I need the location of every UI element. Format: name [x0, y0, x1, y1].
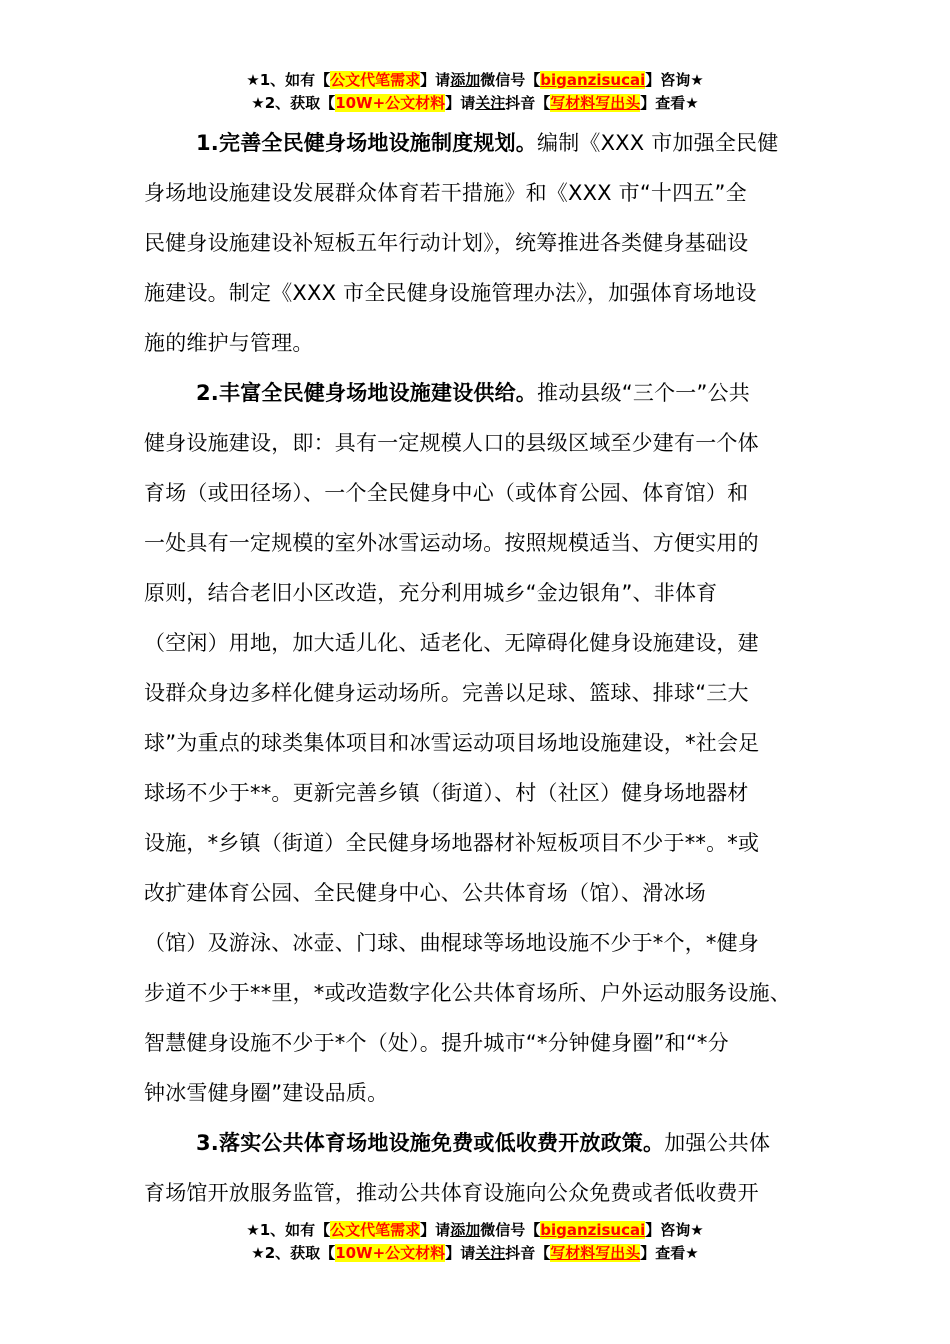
header-banner: ★1、如有【公文代笔需求】请添加微信号【biganzisucai】咨询★ ★2、…: [0, 69, 950, 115]
text-line: 设群众身边多样化健身运动场所。完善以足球、篮球、排球“三大: [144, 668, 812, 718]
banner-text: 】咨询★: [645, 1221, 703, 1239]
text-line: 民健身设施建设补短板五年行动计划》，统筹推进各类健身基础设: [144, 218, 812, 268]
text-line: 2.丰富全民健身场地设施建设供给。推动县级“三个一”公共: [144, 368, 812, 418]
banner-line-2: ★2、获取【10W+公文材料】请关注抖音【写材料写出头】查看★: [0, 92, 950, 115]
banner-text: ★1、如有【: [246, 71, 330, 89]
highlight-douyin-account: 写材料写出头: [550, 94, 640, 112]
underlined-add: 添加: [450, 71, 480, 89]
text-span: 加强公共体: [664, 1131, 770, 1155]
highlight-service: 公文代笔需求: [330, 71, 420, 89]
footer-banner: ★1、如有【公文代笔需求】请添加微信号【biganzisucai】咨询★ ★2、…: [0, 1219, 950, 1265]
underlined-follow: 关注: [475, 1244, 505, 1262]
text-line: 身场地设施建设发展群众体育若干措施》和《XXX 市“十四五”全: [144, 168, 812, 218]
highlight-materials: 10W+公文材料: [335, 1244, 445, 1262]
banner-text: 微信号【: [480, 71, 540, 89]
text-line: 球”为重点的球类集体项目和冰雪运动项目场地设施建设，*社会足: [144, 718, 812, 768]
banner-text: 】请: [420, 71, 450, 89]
banner-text: 】请: [420, 1221, 450, 1239]
text-line: 改扩建体育公园、全民健身中心、公共体育场（馆）、滑冰场: [144, 868, 812, 918]
banner-text: ★2、获取【: [251, 94, 335, 112]
paragraph-heading: 1.完善全民健身场地设施制度规划。: [196, 131, 537, 155]
text-span: 编制《XXX 市加强全民健: [537, 131, 778, 155]
text-line: 3.落实公共体育场地设施免费或低收费开放政策。加强公共体: [144, 1118, 812, 1168]
paragraph-heading: 2.丰富全民健身场地设施建设供给。: [196, 381, 537, 405]
paragraph-3: 3.落实公共体育场地设施免费或低收费开放政策。加强公共体 育场馆开放服务监管，推…: [144, 1118, 812, 1218]
banner-line-2: ★2、获取【10W+公文材料】请关注抖音【写材料写出头】查看★: [0, 1242, 950, 1265]
underlined-add: 添加: [450, 1221, 480, 1239]
text-line: 球场不少于**。更新完善乡镇（街道）、村（社区）健身场地器材: [144, 768, 812, 818]
banner-text: 】咨询★: [645, 71, 703, 89]
text-line: 一处具有一定规模的室外冰雪运动场。按照规模适当、方便实用的: [144, 518, 812, 568]
paragraph-2: 2.丰富全民健身场地设施建设供给。推动县级“三个一”公共 健身设施建设，即：具有…: [144, 368, 812, 1118]
highlight-service: 公文代笔需求: [330, 1221, 420, 1239]
banner-text: ★1、如有【: [246, 1221, 330, 1239]
text-line: 育场馆开放服务监管，推动公共体育设施向公众免费或者低收费开: [144, 1168, 812, 1218]
highlight-wechat-id: biganzisucai: [540, 1221, 645, 1239]
text-line: 施建设。制定《XXX 市全民健身设施管理办法》，加强体育场地设: [144, 268, 812, 318]
text-line: 健身设施建设，即：具有一定规模人口的县级区域至少建有一个体: [144, 418, 812, 468]
text-line: 智慧健身设施不少于*个（处）。提升城市“*分钟健身圈”和“*分: [144, 1018, 812, 1068]
banner-text: ★2、获取【: [251, 1244, 335, 1262]
banner-text: 】请: [445, 94, 475, 112]
text-line: 育场（或田径场）、一个全民健身中心（或体育公园、体育馆）和: [144, 468, 812, 518]
underlined-follow: 关注: [475, 94, 505, 112]
banner-text: 微信号【: [480, 1221, 540, 1239]
paragraph-1: 1.完善全民健身场地设施制度规划。编制《XXX 市加强全民健 身场地设施建设发展…: [144, 118, 812, 368]
text-line: 原则，结合老旧小区改造，充分利用城乡“金边银角”、非体育: [144, 568, 812, 618]
text-line: 1.完善全民健身场地设施制度规划。编制《XXX 市加强全民健: [144, 118, 812, 168]
text-line: 钟冰雪健身圈”建设品质。: [144, 1068, 812, 1118]
highlight-materials: 10W+公文材料: [335, 94, 445, 112]
text-line: （馆）及游泳、冰壶、门球、曲棍球等场地设施不少于*个，*健身: [144, 918, 812, 968]
text-span: 推动县级“三个一”公共: [537, 381, 750, 405]
banner-text: 】请: [445, 1244, 475, 1262]
banner-text: 】查看★: [640, 1244, 698, 1262]
banner-text: 抖音【: [505, 1244, 550, 1262]
paragraph-heading: 3.落实公共体育场地设施免费或低收费开放政策。: [196, 1131, 664, 1155]
text-line: 步道不少于**里，*或改造数字化公共体育场所、户外运动服务设施、: [144, 968, 812, 1018]
highlight-douyin-account: 写材料写出头: [550, 1244, 640, 1262]
text-line: 设施，*乡镇（街道）全民健身场地器材补短板项目不少于**。*或: [144, 818, 812, 868]
banner-text: 抖音【: [505, 94, 550, 112]
banner-line-1: ★1、如有【公文代笔需求】请添加微信号【biganzisucai】咨询★: [0, 1219, 950, 1242]
document-body: 1.完善全民健身场地设施制度规划。编制《XXX 市加强全民健 身场地设施建设发展…: [144, 118, 812, 1218]
text-line: （空闲）用地，加大适儿化、适老化、无障碍化健身设施建设，建: [144, 618, 812, 668]
highlight-wechat-id: biganzisucai: [540, 71, 645, 89]
banner-line-1: ★1、如有【公文代笔需求】请添加微信号【biganzisucai】咨询★: [0, 69, 950, 92]
banner-text: 】查看★: [640, 94, 698, 112]
text-line: 施的维护与管理。: [144, 318, 812, 368]
